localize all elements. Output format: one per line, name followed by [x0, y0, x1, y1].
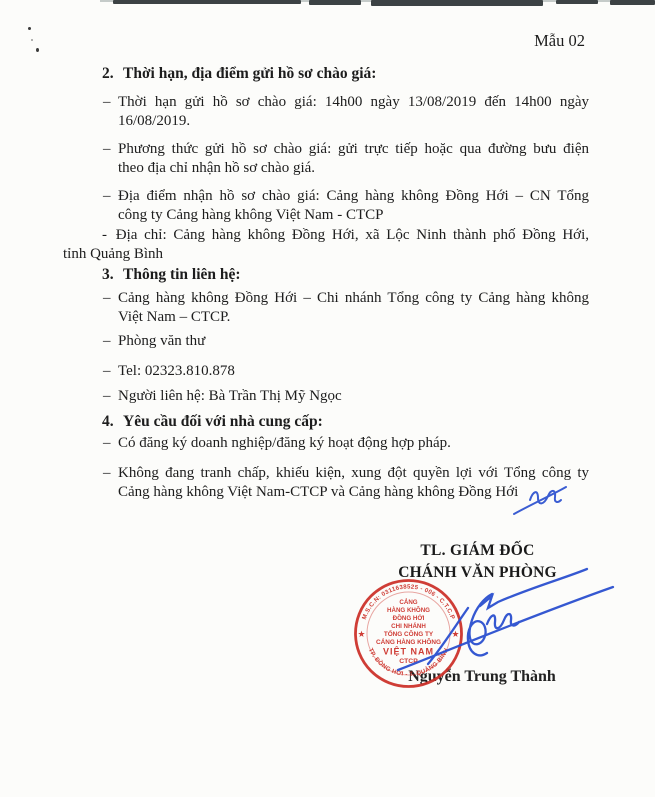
signature-ink: [380, 558, 625, 683]
section-number: 3.: [102, 264, 123, 285]
list-item: – Địa điểm nhận hồ sơ chào giá: Cảng hàn…: [103, 187, 589, 225]
bullet-dash: -: [102, 227, 109, 243]
bullet-dash: –: [103, 387, 118, 406]
list-item: - Địa chỉ: Cảng hàng không Đồng Hới, xã …: [63, 226, 589, 264]
section-number: 2.: [102, 63, 123, 84]
document-body: Mẫu 02 2. Thời hạn, địa điểm gửi hồ sơ c…: [0, 0, 655, 502]
star-icon: ★: [358, 630, 366, 639]
bullet-dash: –: [103, 289, 118, 327]
text-line: 16/08/2019.: [118, 112, 589, 131]
signature-stroke: [514, 487, 566, 514]
list-item: – Phòng văn thư: [103, 332, 589, 351]
text-line: tỉnh Quảng Bình: [63, 245, 589, 264]
text-line: Phương thức gửi hồ sơ chào giá: gửi trực…: [118, 140, 589, 159]
text-line: Cảng hàng không Đồng Hới – Chi nhánh Tổn…: [118, 289, 589, 308]
bullet-dash: –: [103, 93, 118, 131]
list-item: – Có đăng ký doanh nghiệp/đăng ký hoạt đ…: [103, 434, 589, 453]
section-heading-3: 3. Thông tin liên hệ:: [102, 264, 589, 285]
section-title: Yêu cầu đối với nhà cung cấp:: [123, 411, 323, 432]
section-number: 4.: [102, 411, 123, 432]
form-label: Mẫu 02: [63, 31, 589, 50]
list-item: – Cảng hàng không Đồng Hới – Chi nhánh T…: [103, 289, 589, 327]
text-line: - Địa chỉ: Cảng hàng không Đồng Hới, xã …: [63, 226, 589, 245]
bullet-dash: –: [103, 362, 118, 381]
section-title: Thông tin liên hệ:: [123, 264, 241, 285]
bullet-dash: –: [103, 187, 118, 225]
list-item: – Phương thức gửi hồ sơ chào giá: gửi tr…: [103, 140, 589, 178]
text-line: Phòng văn thư: [118, 332, 589, 351]
section-heading-2: 2. Thời hạn, địa điểm gửi hồ sơ chào giá…: [102, 63, 589, 84]
signature-stroke: [487, 614, 519, 628]
bullet-dash: –: [103, 434, 118, 453]
signature-stroke: [428, 608, 468, 664]
text-line: Có đăng ký doanh nghiệp/đăng ký hoạt độn…: [118, 434, 589, 453]
text-line: theo địa chỉ nhận hồ sơ chào giá.: [118, 159, 589, 178]
text-segment: Địa chỉ: Cảng hàng không Đồng Hới, xã Lộ…: [116, 227, 589, 243]
text-line: Tel: 02323.810.878: [118, 362, 589, 381]
initials-ink-mark: [508, 478, 570, 522]
text-line: Người liên hệ: Bà Trần Thị Mỹ Ngọc: [118, 387, 589, 406]
section-title: Thời hạn, địa điểm gửi hồ sơ chào giá:: [123, 63, 376, 84]
document-page: Mẫu 02 2. Thời hạn, địa điểm gửi hồ sơ c…: [0, 0, 655, 797]
bullet-dash: –: [103, 464, 118, 502]
text-line: Việt Nam – CTCP.: [118, 308, 589, 327]
list-item: – Người liên hệ: Bà Trần Thị Mỹ Ngọc: [103, 387, 589, 406]
text-line: Địa điểm nhận hồ sơ chào giá: Cảng hàng …: [118, 187, 589, 206]
list-item: – Thời hạn gửi hồ sơ chào giá: 14h00 ngà…: [103, 93, 589, 131]
text-line: công ty Cảng hàng không Việt Nam - CTCP: [118, 206, 589, 225]
section-heading-4: 4. Yêu cầu đối với nhà cung cấp:: [102, 411, 589, 432]
signature-stroke: [468, 594, 492, 655]
bullet-dash: –: [103, 140, 118, 178]
bullet-dash: –: [103, 332, 118, 351]
list-item: – Tel: 02323.810.878: [103, 362, 589, 381]
text-line: Thời hạn gửi hồ sơ chào giá: 14h00 ngày …: [118, 93, 589, 112]
